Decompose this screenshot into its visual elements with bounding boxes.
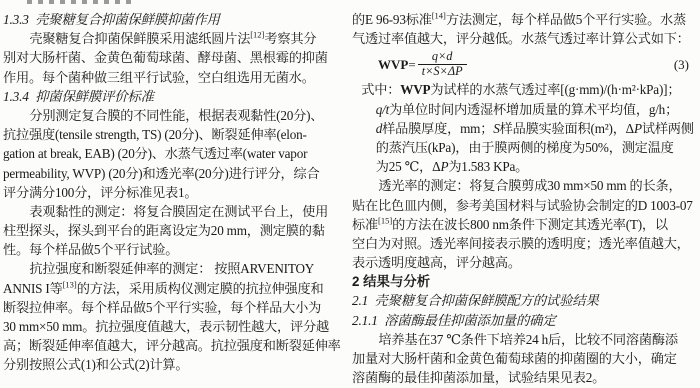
text-run: 别对大肠杆菌、金黄色葡萄球菌、酵母菌、黑根霉的抑菌 (3, 50, 328, 65)
text-run: 壳聚糖复合抑菌保鲜膜采用滤纸圆片法 (29, 31, 250, 46)
text-line: 作用。每个菌种做三组平行试验，空白组选用无菌水。 (3, 68, 339, 87)
equals-sign: = (408, 55, 415, 74)
text-run: 空白为对照。透光率间接表示膜的透明度；透光率值越大， (352, 236, 690, 251)
text-run: 为试样的水蒸气透过率[(g·mm)/(h·m²·kPa)]； (430, 82, 680, 97)
text-line: 表观黏性的测定：将复合膜固定在测试平台上，使用 (3, 202, 339, 221)
formula-wvp: WVP=q×dt×S×ΔP(3) (352, 48, 699, 80)
text-run: 作用。每个菌种做三组平行试验，空白组选用无菌水。 (3, 70, 315, 85)
text-line: 壳聚糖复合抑菌保鲜膜采用滤纸圆片法[12]考察其分 (3, 29, 339, 48)
text-line: 抗拉强度(tensile strength, TS) (20分)、断裂延伸率(e… (3, 125, 339, 144)
clipped-text-fragment (27, 0, 137, 4)
text-run: 加量对大肠杆菌和金黄色葡萄球菌的抑菌圈的大小，确定 (352, 351, 677, 366)
text-run: 30 mm×50 mm。抗拉强度值越大，表示韧性越大，评分越 (3, 319, 329, 334)
text-line: 分别按照公式(1)和公式(2)计算。 (3, 355, 339, 374)
text-line: 透光率的测定：将复合膜剪成30 mm×50 mm 的长条， (352, 176, 699, 195)
section-heading: 2.1 壳聚糖复合抑菌保鲜膜配方的试验结果 (352, 291, 699, 310)
fraction-numerator: q×d (418, 50, 467, 64)
text-run: 分别按照公式(1)和公式(2)计算。 (3, 357, 188, 372)
text-line: 柱型探头，探头到平台的距离设定为20 mm，测定膜的黏 (3, 221, 339, 240)
text-run: P (634, 121, 642, 136)
text-run: 样品膜实验面积(m²)，Δ (500, 121, 634, 136)
text-run: 断裂拉伸率。每个样品做5个平行实验，每个样品大小为 (3, 300, 321, 315)
text-run: 1.3.4 抑菌保鲜膜评价标准 (3, 89, 154, 104)
text-run: 的方法在波长800 nm条件下测定其透光率(T)，以 (392, 217, 668, 232)
text-run: 考察其分 (264, 31, 316, 46)
text-line: 分别测定复合膜的不同性能，根据表观黏性(20分)、 (3, 106, 339, 125)
page: 1.3.3 壳聚糖复合抑菌保鲜膜抑菌作用壳聚糖复合抑菌保鲜膜采用滤纸圆片法[12… (0, 0, 700, 388)
text-line: 断裂拉伸率。每个样品做5个平行实验，每个样品大小为 (3, 298, 339, 317)
text-line: 30 mm×50 mm。抗拉强度值越大，表示韧性越大，评分越 (3, 317, 339, 336)
text-run: 贴在比色皿内侧，参考美国材料与试验协会制定的D 1003-07 (352, 198, 693, 213)
text-line: 评分满分100分，评分标准见表1。 (3, 183, 339, 202)
text-run: 分别测定复合膜的不同性能，根据表观黏性(20分)、 (29, 108, 323, 123)
citation-ref: [14] (432, 11, 446, 21)
text-run: 1.3.3 壳聚糖复合抑菌保鲜膜抑菌作用 (3, 12, 220, 27)
text-run: 溶菌酶的最佳抑菌添加量，试验结果见表2。 (352, 370, 605, 385)
text-line: 抗拉强度和断裂延伸率的测定： 按照ARVENITOY (3, 259, 339, 278)
text-line: 性。每个样品做5个平行试验。 (3, 240, 339, 259)
text-run: 表观黏性的测定：将复合膜固定在测试平台上，使用 (29, 204, 328, 219)
text-run: 2.1.1 溶菌酶最佳抑菌添加量的确定 (352, 313, 556, 328)
text-line: 高；断裂延伸率值越大，评分越高。抗拉强度和断裂延伸率 (3, 336, 339, 355)
text-run: 2.1 壳聚糖复合抑菌保鲜膜配方的试验结果 (352, 293, 599, 308)
text-run: 抗拉强度和断裂延伸率的测定： 按照ARVENITOY (29, 261, 314, 276)
formula-lhs: WVP (378, 55, 408, 74)
text-line: d样品膜厚度，mm；S样品膜实验面积(m²)，ΔP试样两侧 (352, 119, 699, 138)
section-heading: 1.3.3 壳聚糖复合抑菌保鲜膜抑菌作用 (3, 10, 339, 29)
text-run: q/t (376, 102, 389, 117)
text-line: 别对大肠杆菌、金黄色葡萄球菌、酵母菌、黑根霉的抑菌 (3, 48, 339, 67)
text-run: 培养基在37 ℃条件下培养24 h后，比较不同溶菌酶添 (378, 332, 677, 347)
text-run: 式中： (361, 82, 400, 97)
fraction-denominator: t×S×ΔP (418, 64, 467, 79)
text-run: WVP (400, 82, 430, 97)
fraction: q×dt×S×ΔP (418, 50, 467, 78)
text-run: ANNIS I等 (3, 281, 63, 296)
text-run: 的蒸汽压(kPa)，由于膜两侧的梯度为50%，测定温度 (376, 140, 674, 155)
citation-ref: [12] (250, 30, 264, 40)
text-run: 表示透明度越高，评分越高。 (352, 255, 521, 270)
text-run: 的E 96-93标准 (352, 12, 432, 27)
text-run: 为1.583 KPa。 (448, 159, 528, 174)
text-run: 性。每个样品做5个平行试验。 (3, 242, 178, 257)
text-run: gation at break, EAB) (20分)、水蒸气透过率(water… (3, 146, 307, 161)
section-heading: 2 结果与分析 (352, 272, 699, 291)
text-line: 培养基在37 ℃条件下培养24 h后，比较不同溶菌酶添 (352, 330, 699, 349)
text-line: 式中：WVP为试样的水蒸气透过率[(g·mm)/(h·m²·kPa)]； (352, 80, 699, 99)
text-run: 评分满分100分，评分标准见表1。 (3, 185, 197, 200)
equation-number: (3) (674, 55, 699, 74)
text-line: 空白为对照。透光率间接表示膜的透明度；透光率值越大， (352, 234, 699, 253)
text-run: permeability, WVP) (20分)和透光率(20分)进行评分，综合 (3, 166, 320, 181)
text-run: 高；断裂延伸率值越大，评分越高。抗拉强度和断裂延伸率 (3, 338, 341, 353)
text-run: 为单位时间内透湿杯增加质量的算术平均值，g/h； (389, 102, 678, 117)
text-run: 样品膜厚度，mm； (382, 121, 493, 136)
text-line: 的蒸汽压(kPa)，由于膜两侧的梯度为50%，测定温度 (352, 138, 699, 157)
text-line: 溶菌酶的最佳抑菌添加量，试验结果见表2。 (352, 368, 699, 387)
text-line: 贴在比色皿内侧，参考美国材料与试验协会制定的D 1003-07 (352, 196, 699, 215)
text-run: 方法测定，每个样品做5个平行实验。水蒸 (446, 12, 686, 27)
text-line: ANNIS I等[13]的方法，采用质构仪测定膜的抗拉伸强度和 (3, 279, 339, 298)
text-run: 的方法，采用质构仪测定膜的抗拉伸强度和 (77, 281, 324, 296)
text-line: 的E 96-93标准[14]方法测定，每个样品做5个平行实验。水蒸 (352, 10, 699, 29)
left-column: 1.3.3 壳聚糖复合抑菌保鲜膜抑菌作用壳聚糖复合抑菌保鲜膜采用滤纸圆片法[12… (3, 10, 339, 375)
citation-ref: [15] (378, 215, 392, 225)
text-run: 试样两侧 (642, 121, 694, 136)
text-line: 标准[15]的方法在波长800 nm条件下测定其透光率(T)，以 (352, 215, 699, 234)
text-line: 表示透明度越高，评分越高。 (352, 253, 699, 272)
text-run: 气透过率值越大，评分越低。水蒸气透过率计算公式如下： (352, 31, 690, 46)
citation-ref: [13] (63, 279, 77, 289)
text-run: 标准 (352, 217, 378, 232)
text-line: q/t为单位时间内透湿杯增加质量的算术平均值，g/h； (352, 100, 699, 119)
text-run: 透光率的测定：将复合膜剪成30 mm×50 mm 的长条， (378, 178, 681, 193)
text-run: 为25 ℃，Δ (376, 159, 441, 174)
section-heading: 1.3.4 抑菌保鲜膜评价标准 (3, 87, 339, 106)
text-line: 加量对大肠杆菌和金黄色葡萄球菌的抑菌圈的大小，确定 (352, 349, 699, 368)
right-column: 的E 96-93标准[14]方法测定，每个样品做5个平行实验。水蒸气透过率值越大… (352, 10, 699, 387)
text-run: 2 结果与分析 (352, 274, 430, 289)
text-run: 柱型探头，探头到平台的距离设定为20 mm，测定膜的黏 (3, 223, 325, 238)
section-heading: 2.1.1 溶菌酶最佳抑菌添加量的确定 (352, 311, 699, 330)
text-line: 为25 ℃，ΔP为1.583 KPa。 (352, 157, 699, 176)
text-run: 抗拉强度(tensile strength, TS) (20分)、断裂延伸率(e… (3, 127, 307, 142)
text-line: 气透过率值越大，评分越低。水蒸气透过率计算公式如下： (352, 29, 699, 48)
text-line: permeability, WVP) (20分)和透光率(20分)进行评分，综合 (3, 164, 339, 183)
text-line: gation at break, EAB) (20分)、水蒸气透过率(water… (3, 144, 339, 163)
